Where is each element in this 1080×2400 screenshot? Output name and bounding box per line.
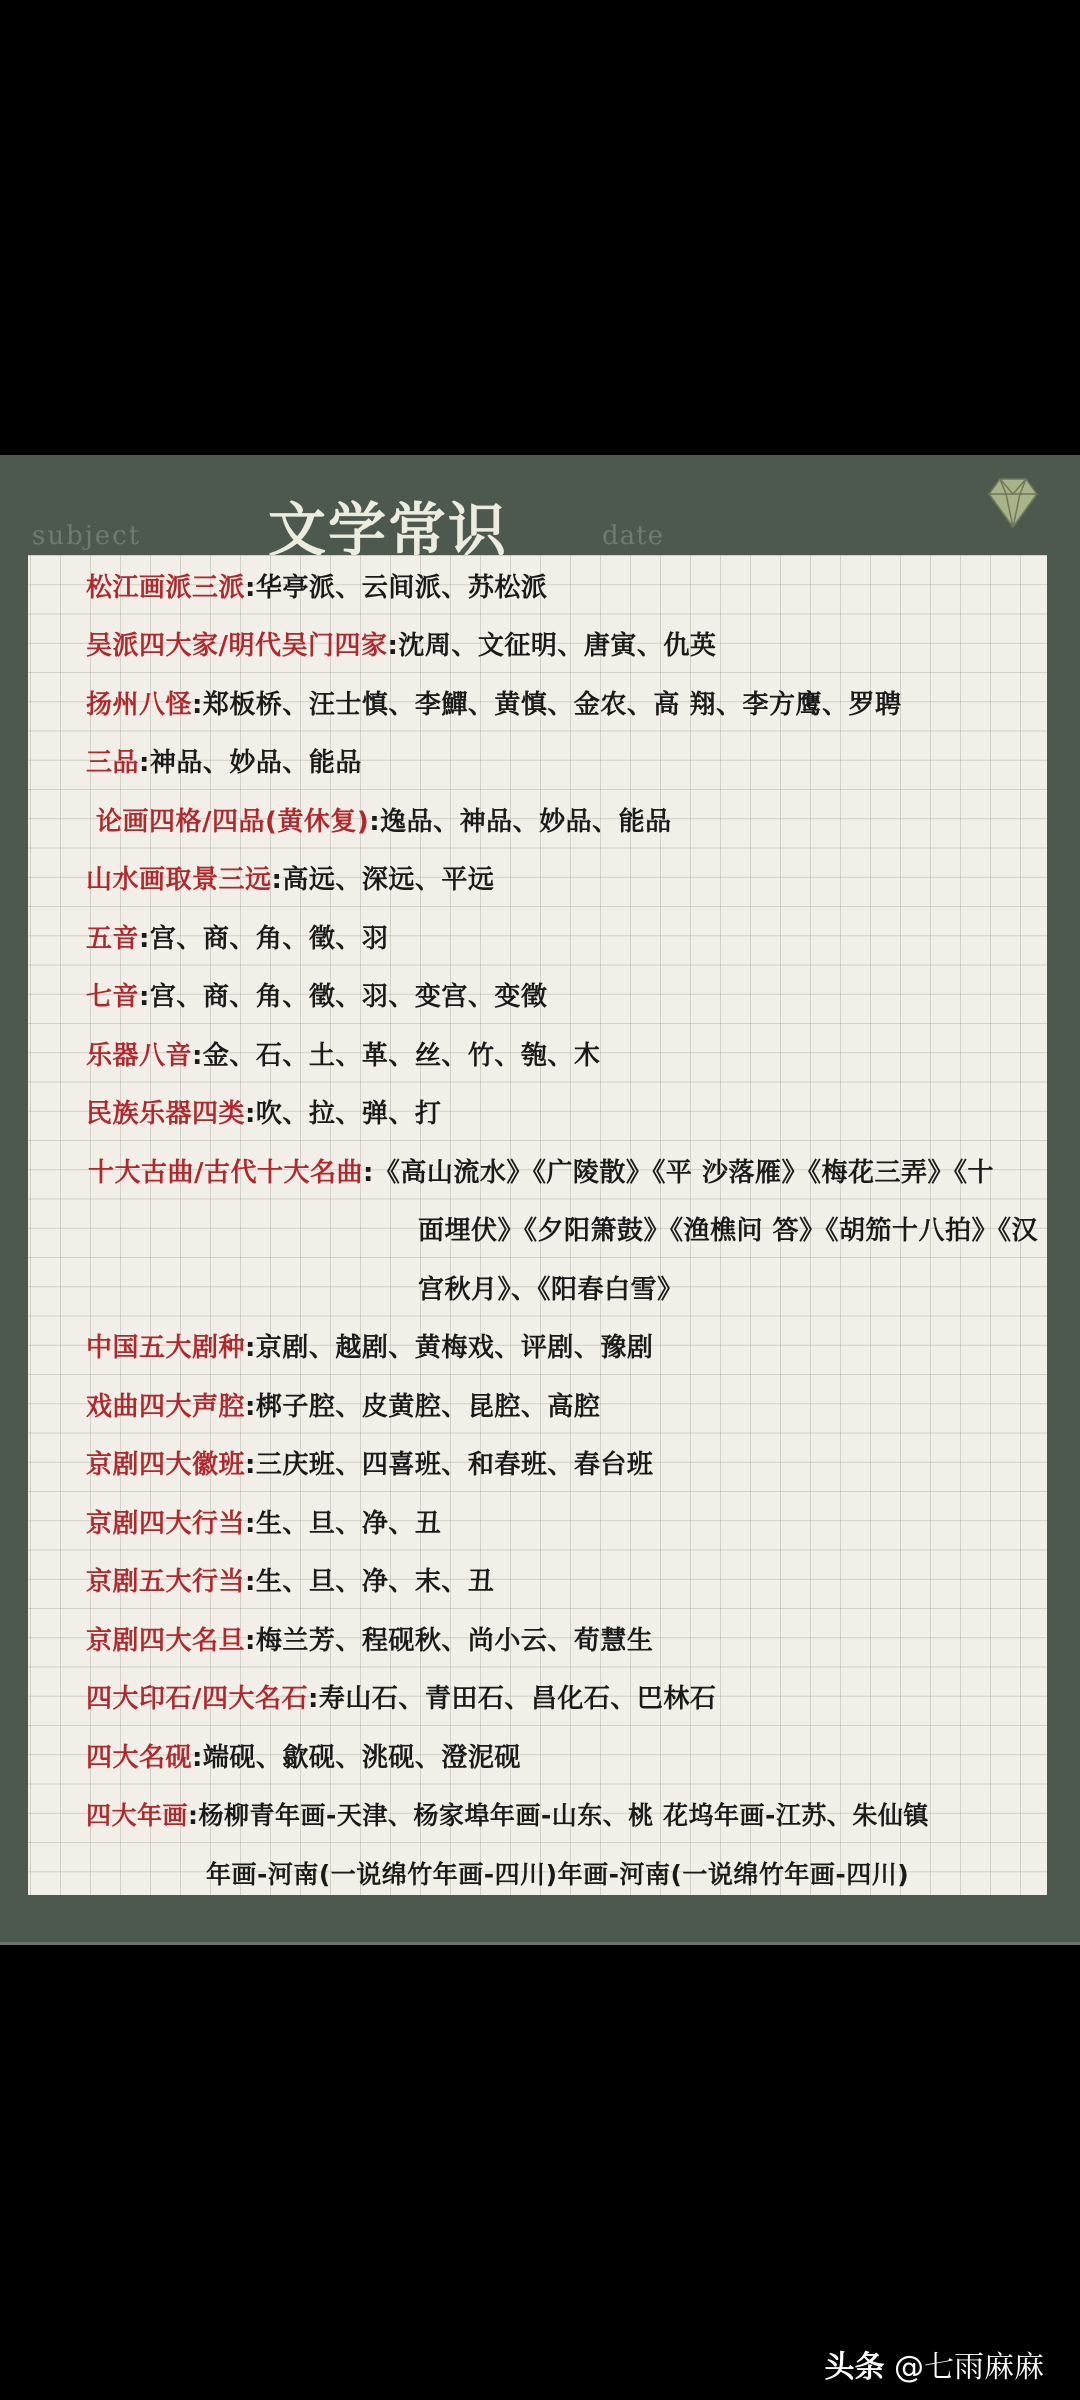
entry-value: 沈周、文征明、唐寅、仇英 (398, 631, 716, 661)
entry-key: 四大年画 (86, 1801, 188, 1830)
entry-row: 松江画派三派:华亭派、云间派、苏松派 (86, 568, 547, 608)
entry-key: 戏曲四大声腔 (86, 1392, 245, 1422)
entry-row: 四大印石/四大名石:寿山石、青田石、昌化石、巴林石 (86, 1679, 716, 1719)
entry-value: 宫、商、角、徵、羽、变宫、变徵 (150, 982, 548, 1012)
entry-row: 七音:宫、商、角、徵、羽、变宫、变徵 (86, 977, 547, 1017)
entry-key: 四大名砚 (86, 1743, 192, 1773)
entry-key: 七音 (86, 982, 139, 1012)
entry-key: 十大古曲/古代十大名曲 (88, 1158, 363, 1188)
entry-value: 寿山石、青田石、昌化石、巴林石 (319, 1684, 717, 1714)
entry-key: 五音 (86, 924, 139, 954)
entry-key: 民族乐器四类 (86, 1099, 245, 1129)
entry-key: 京剧四大徽班 (86, 1450, 245, 1480)
entry-row: 吴派四大家/明代吴门四家:沈周、文征明、唐寅、仇英 (86, 626, 716, 666)
entry-row: 四大名砚:端砚、歙砚、洮砚、澄泥砚 (86, 1738, 521, 1778)
grid-paper-card: 松江画派三派:华亭派、云间派、苏松派 吴派四大家/明代吴门四家:沈周、文征明、唐… (28, 555, 1047, 1895)
entry-value: 三庆班、四喜班、和春班、春台班 (256, 1450, 654, 1480)
entry-row: 京剧四大徽班:三庆班、四喜班、和春班、春台班 (86, 1445, 653, 1485)
entry-row: 乐器八音:金、石、土、革、丝、竹、匏、木 (86, 1036, 600, 1076)
entry-row: 京剧四大行当:生、旦、净、丑 (86, 1504, 441, 1544)
entry-row: 戏曲四大声腔:梆子腔、皮黄腔、昆腔、高腔 (86, 1387, 600, 1427)
watermark-handle: @七雨麻麻 (894, 2350, 1044, 2385)
entry-key: 京剧四大名旦 (86, 1626, 245, 1656)
date-label: date (602, 521, 664, 551)
entry-key: 中国五大剧种 (86, 1333, 245, 1363)
entry-key: 松江画派三派 (86, 573, 245, 603)
entry-value: 杨柳青年画-天津、杨家埠年画-山东、桃 花坞年画-江苏、朱仙镇 (199, 1801, 929, 1830)
entry-row: 扬州八怪:郑板桥、汪士慎、李鱓、黄慎、金农、高 翔、李方鹰、罗聘 (86, 685, 901, 725)
subject-label: subject (32, 521, 141, 551)
entry-key: 四大印石/四大名石 (86, 1684, 308, 1714)
entry-value: 生、旦、净、丑 (256, 1509, 442, 1539)
entry-value: 华亭派、云间派、苏松派 (256, 573, 548, 603)
entry-row: 中国五大剧种:京剧、越剧、黄梅戏、评剧、豫剧 (86, 1328, 653, 1368)
entry-key: 乐器八音 (86, 1041, 192, 1071)
entry-value: 京剧、越剧、黄梅戏、评剧、豫剧 (256, 1333, 654, 1363)
entry-key: 三品 (86, 748, 139, 778)
entry-row: 五音:宫、商、角、徵、羽 (86, 919, 388, 959)
entry-key: 山水画取景三远 (86, 865, 272, 895)
entry-value: 吹、拉、弹、打 (256, 1099, 442, 1129)
entry-key: 论画四格/四品(黄休复) (96, 807, 369, 837)
note-panel: subject 文学常识 date 松江画派三派:华亭派、云间派、苏松派 吴派四… (0, 455, 1080, 1945)
entry-key: 吴派四大家/明代吴门四家 (86, 631, 388, 661)
entry-continuation: 宫秋月》、《阳春白雪》 (418, 1270, 684, 1310)
entry-row: 山水画取景三远:高远、深远、平远 (86, 860, 494, 900)
entry-row: 京剧四大名旦:梅兰芳、程砚秋、尚小云、荀慧生 (86, 1621, 653, 1661)
entry-key: 扬州八怪 (86, 690, 192, 720)
entry-key: 京剧四大行当 (86, 1509, 245, 1539)
entry-value: 逸品、神品、妙品、能品 (380, 807, 672, 837)
watermark: 头条 @七雨麻麻 (824, 2342, 1044, 2386)
entry-value: 金、石、土、革、丝、竹、匏、木 (203, 1041, 601, 1071)
diamond-icon (988, 477, 1038, 529)
entry-row: 民族乐器四类:吹、拉、弹、打 (86, 1094, 441, 1134)
entry-key: 京剧五大行当 (86, 1567, 245, 1597)
entry-value: 《高山流水》《广陵散》《平 沙落雁》《梅花三弄》《十 (374, 1158, 994, 1188)
entry-value: 生、旦、净、末、丑 (256, 1567, 495, 1597)
entry-row: 四大年画:杨柳青年画-天津、杨家埠年画-山东、桃 花坞年画-江苏、朱仙镇 (86, 1796, 929, 1836)
entry-row: 京剧五大行当:生、旦、净、末、丑 (86, 1562, 494, 1602)
entry-row: 十大古曲/古代十大名曲:《高山流水》《广陵散》《平 沙落雁》《梅花三弄》《十 (88, 1153, 994, 1193)
entry-value: 端砚、歙砚、洮砚、澄泥砚 (203, 1743, 521, 1773)
entry-value: 宫、商、角、徵、羽 (150, 924, 389, 954)
entry-value: 梅兰芳、程砚秋、尚小云、荀慧生 (256, 1626, 654, 1656)
entry-value: 神品、妙品、能品 (150, 748, 362, 778)
watermark-brand: 头条 (824, 2350, 884, 2385)
entry-continuation: 年画-河南(一说绵竹年画-四川)年画-河南(一说绵竹年画-四川) (206, 1855, 909, 1895)
entry-value: 高远、深远、平远 (282, 865, 494, 895)
entry-value: 梆子腔、皮黄腔、昆腔、高腔 (256, 1392, 601, 1422)
entry-row: 三品:神品、妙品、能品 (86, 743, 362, 783)
entry-value: 郑板桥、汪士慎、李鱓、黄慎、金农、高 翔、李方鹰、罗聘 (203, 690, 902, 720)
entry-continuation: 面埋伏》《夕阳箫鼓》《渔樵问 答》《胡笳十八拍》《汉 (418, 1211, 1038, 1251)
entry-row: 论画四格/四品(黄休复):逸品、神品、妙品、能品 (96, 802, 672, 842)
